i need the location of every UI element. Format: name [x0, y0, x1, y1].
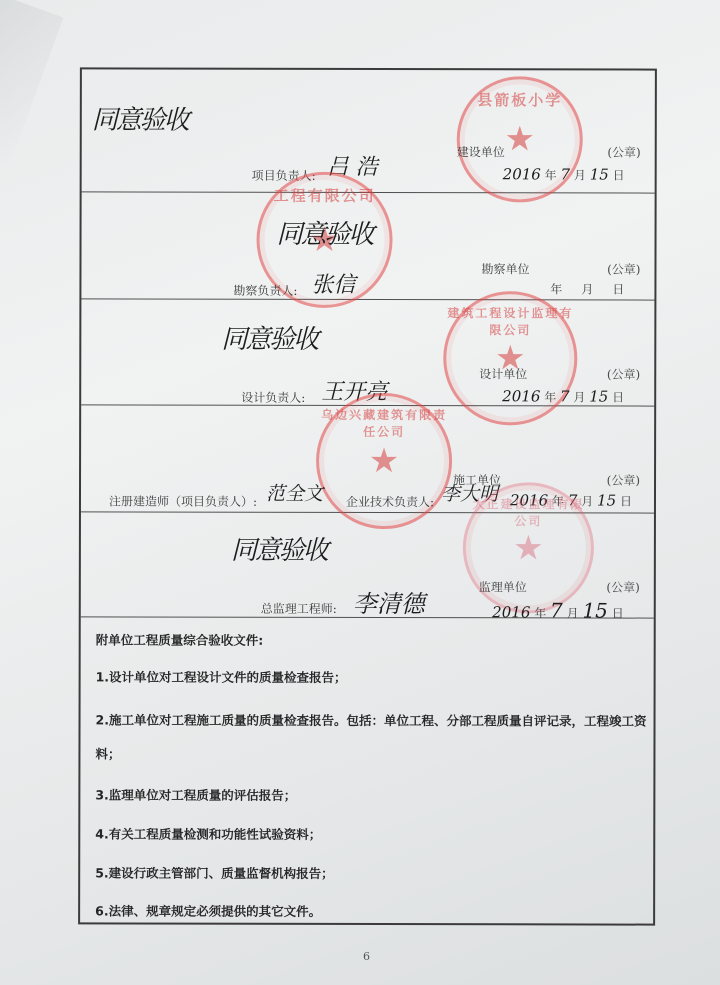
- red-star-seal-icon: 县箭板小学★: [457, 76, 583, 202]
- stamp-text: 县箭板小学: [460, 89, 580, 110]
- section-survey-unit: 工程有限公司★ 同意验收 勘察单位 (公章) 勘察负责人: 张信 年 月 日: [81, 191, 654, 300]
- section-design-unit: 建筑工程设计监理有限公司★ 同意验收 设计单位 (公章) 设计负责人: 王开亮 …: [81, 298, 654, 406]
- unit-label: 设计单位: [479, 365, 527, 382]
- stamp-text: 建筑工程设计监理有限公司: [446, 304, 574, 338]
- seal-label: (公章): [607, 366, 640, 383]
- stamp-text: 工程有限公司: [260, 185, 390, 206]
- page-number: 6: [363, 950, 370, 963]
- attachment-item: 4.有关工程质量检测和功能性试验资料；: [95, 824, 321, 842]
- handwritten-opinion: 同意验收: [221, 319, 317, 356]
- unit-label: 监理单位: [479, 578, 527, 595]
- handwritten-opinion: 同意验收: [277, 214, 373, 251]
- secondary-signer-label: 企业技术负责人:: [346, 493, 434, 510]
- seal-label: (公章): [607, 261, 640, 278]
- handwritten-opinion: 同意验收: [231, 530, 327, 567]
- sign-date: 2016 年 7 月 15 日: [503, 165, 625, 183]
- attachment-item: 6.法律、规章规定必须提供的其它文件。: [95, 901, 321, 919]
- attachment-item: 3.监理单位对工程质量的评估报告；: [95, 785, 296, 803]
- page-curl-shadow: [0, 0, 63, 168]
- acceptance-signoff-table: 同意验收 县箭板小学★ 建设单位 (公章) 项目负责人: 吕 浩 2016 年 …: [78, 67, 657, 925]
- seal-label: (公章): [607, 472, 640, 489]
- seal-label: (公章): [607, 144, 640, 161]
- unit-label: 勘察单位: [481, 260, 529, 277]
- signer-label: 勘察负责人:: [233, 282, 297, 299]
- signer-label: 总监理工程师:: [261, 600, 337, 617]
- signer-label: 设计负责人:: [241, 389, 305, 406]
- handwritten-opinion: 同意验收: [92, 99, 188, 136]
- attachments-section: 附单位工程质量综合验收文件: 1.设计单位对工程设计文件的质量检查报告； 2.施…: [80, 616, 654, 923]
- stamp-text: 乌边兴藏建筑有限责任公司: [319, 406, 449, 440]
- section-construction-owner: 同意验收 县箭板小学★ 建设单位 (公章) 项目负责人: 吕 浩 2016 年 …: [82, 69, 655, 193]
- attachments-title: 附单位工程质量综合验收文件:: [96, 630, 264, 648]
- seal-label: (公章): [606, 579, 639, 596]
- signature: 范全文: [266, 479, 323, 506]
- signer-label: 注册建造师（项目负责人）:: [109, 492, 257, 509]
- signature: 张信: [311, 268, 355, 299]
- sign-date: 2016 年 7 月 15 日: [502, 387, 624, 405]
- attachment-item: 1.设计单位对工程设计文件的质量检查报告；: [96, 667, 347, 686]
- attachment-item: 2.施工单位对工程施工质量的质量检查报告。包括：单位工程、分部工程质量自评记录，…: [96, 710, 647, 729]
- attachment-item: 料；: [95, 744, 120, 762]
- section-supervision-unit: 大正建设监理有限公司★ 同意验收 监理单位 (公章) 总监理工程师: 李清德 2…: [81, 511, 654, 618]
- unit-label: 建设单位: [457, 143, 505, 160]
- sign-date: 年 月 日: [550, 280, 624, 297]
- attachment-item: 5.建设行政主管部门、质量监督机构报告；: [95, 863, 333, 881]
- signature: 李清德: [353, 584, 425, 619]
- stamp-text: 大正建设监理有限公司: [466, 495, 591, 529]
